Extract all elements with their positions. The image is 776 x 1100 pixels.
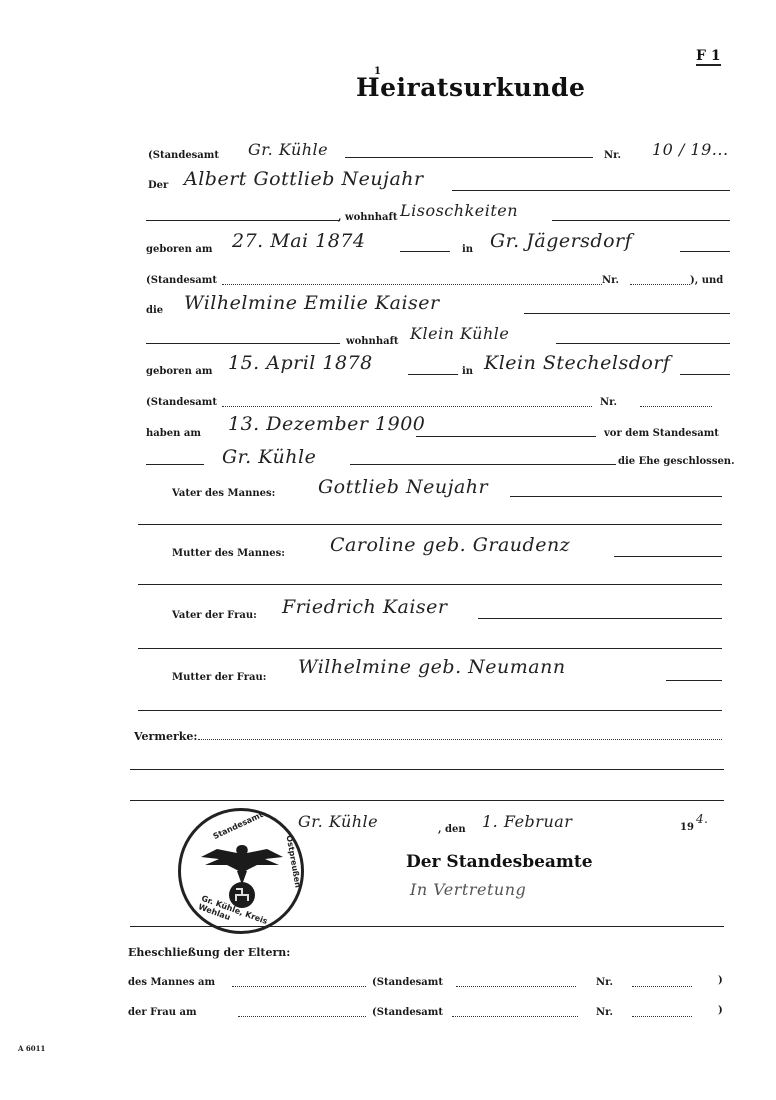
groom-registry-label: (Standesamt — [146, 275, 217, 286]
bride-birth-place-line — [680, 374, 730, 375]
mother-bride-value: Wilhelmine geb. Neumann — [298, 656, 566, 678]
registry-nr-value: 10 / 19... — [652, 140, 729, 159]
wife-date-line — [238, 1016, 366, 1017]
groom-residence: Lisoschkeiten — [400, 201, 518, 220]
signature-bottom-line — [130, 926, 724, 927]
remarks-label: Vermerke: — [134, 730, 197, 743]
groom-born-label: geboren am — [146, 244, 212, 255]
bride-birth-place: Klein Stechelsdorf — [484, 352, 670, 374]
husband-label: des Mannes am — [128, 977, 215, 988]
title-text: Heiratsurkunde — [356, 73, 585, 102]
marriage-date: 13. Dezember 1900 — [228, 413, 425, 435]
bride-residence: Klein Kühle — [410, 324, 509, 343]
bride-registry-line — [222, 406, 592, 407]
mother-bride-label: Mutter der Frau: — [172, 672, 266, 683]
father-bride-value: Friedrich Kaiser — [282, 596, 448, 618]
father-bride-second-line — [138, 648, 722, 649]
marriage-place-line — [350, 464, 616, 465]
husband-registry-label: (Standesamt — [372, 977, 443, 988]
husband-nr-line — [632, 986, 692, 987]
marriage-before-label: vor dem Standesamt — [604, 428, 719, 439]
title-superscript: 1 — [374, 66, 381, 77]
wife-label: der Frau am — [128, 1007, 197, 1018]
bride-in-label: in — [462, 366, 473, 377]
groom-registry-line — [222, 284, 602, 285]
issuance-year-prefix: 19 — [680, 822, 694, 833]
marriage-date-line — [416, 436, 596, 437]
groom-residence-line — [552, 220, 730, 221]
groom-address-line — [146, 220, 340, 221]
groom-birth-place: Gr. Jägersdorf — [490, 230, 632, 252]
father-groom-second-line — [138, 524, 722, 525]
bride-residence-line — [556, 343, 730, 344]
mother-groom-line — [614, 556, 722, 557]
registry-label: (Standesamt — [148, 150, 219, 161]
bride-birth-date: 15. April 1878 — [228, 352, 373, 374]
mother-groom-value: Caroline geb. Graudenz — [330, 534, 570, 556]
seal-right-text: Ostpreußen — [284, 835, 302, 889]
bride-registry-nr-line — [640, 406, 712, 407]
wife-registry-label: (Standesamt — [372, 1007, 443, 1018]
mother-bride-second-line — [138, 710, 722, 711]
mother-groom-label: Mutter des Mannes: — [172, 548, 285, 559]
groom-der-label: Der — [148, 180, 168, 191]
seal-top-text: Standesamt — [212, 810, 265, 841]
issuance-year-suffix: 4. — [696, 812, 708, 826]
issuance-den-label: , den — [438, 824, 466, 835]
issuance-place: Gr. Kühle — [298, 812, 378, 831]
issuance-date: 1. Februar — [482, 812, 572, 831]
registry-line — [345, 157, 593, 158]
wife-nr-label: Nr. — [596, 1007, 613, 1018]
mother-groom-second-line — [138, 584, 722, 585]
groom-birth-place-line — [680, 251, 730, 252]
bride-address-line — [146, 343, 340, 344]
bride-name: Wilhelmine Emilie Kaiser — [184, 292, 440, 314]
groom-name-line — [452, 190, 730, 191]
parents-marriage-heading: Eheschließung der Eltern: — [128, 946, 290, 959]
groom-in-label: in — [462, 244, 473, 255]
bride-die-label: die — [146, 305, 163, 316]
marriage-place: Gr. Kühle — [222, 446, 316, 468]
mother-bride-line — [666, 680, 722, 681]
wife-close-paren: ) — [718, 1005, 723, 1016]
marriage-place-prefix-line — [146, 464, 204, 465]
document-title: Heiratsurkunde — [356, 73, 585, 102]
bride-registry-nr-label: Nr. — [600, 397, 617, 408]
father-bride-label: Vater der Frau: — [172, 610, 257, 621]
groom-registry-nr-line — [630, 284, 690, 285]
official-signature: In Vertretung — [410, 880, 526, 899]
form-id: F 1 — [696, 48, 721, 66]
groom-registry-suffix: ), und — [690, 275, 723, 286]
wife-nr-line — [632, 1016, 692, 1017]
marriage-closing-label: die Ehe geschlossen. — [618, 456, 735, 467]
wife-registry-line — [452, 1016, 578, 1017]
groom-birth-date: 27. Mai 1874 — [232, 230, 366, 252]
official-title: Der Standesbeamte — [406, 852, 593, 872]
remarks-line-2 — [130, 769, 724, 770]
eagle-emblem-icon — [197, 839, 287, 911]
official-seal: Standesamt Gr. Kühle, Kreis Wehlau Ostpr… — [178, 808, 304, 934]
bride-name-line — [524, 313, 730, 314]
marriage-haben-label: haben am — [146, 428, 201, 439]
bride-registry-label: (Standesamt — [146, 397, 217, 408]
registry-nr-label: Nr. — [604, 150, 621, 161]
remarks-line-1 — [198, 739, 722, 740]
father-groom-value: Gottlieb Neujahr — [318, 476, 488, 498]
bride-wohnhaft-label: wohnhaft — [346, 336, 399, 347]
bride-born-label: geboren am — [146, 366, 212, 377]
groom-name: Albert Gottlieb Neujahr — [184, 168, 424, 190]
groom-wohnhaft-label: , wohnhaft — [338, 212, 397, 223]
registry-value: Gr. Kühle — [248, 140, 328, 159]
groom-birth-date-line — [400, 251, 450, 252]
father-groom-line — [510, 496, 722, 497]
footer-form-code: A 6011 — [18, 1044, 45, 1053]
groom-registry-nr-label: Nr. — [602, 275, 619, 286]
husband-registry-line — [456, 986, 576, 987]
father-bride-line — [478, 618, 722, 619]
remarks-line-3 — [130, 800, 724, 801]
husband-close-paren: ) — [718, 975, 723, 986]
father-groom-label: Vater des Mannes: — [172, 488, 275, 499]
husband-date-line — [232, 986, 366, 987]
bride-birth-date-line — [408, 374, 458, 375]
husband-nr-label: Nr. — [596, 977, 613, 988]
